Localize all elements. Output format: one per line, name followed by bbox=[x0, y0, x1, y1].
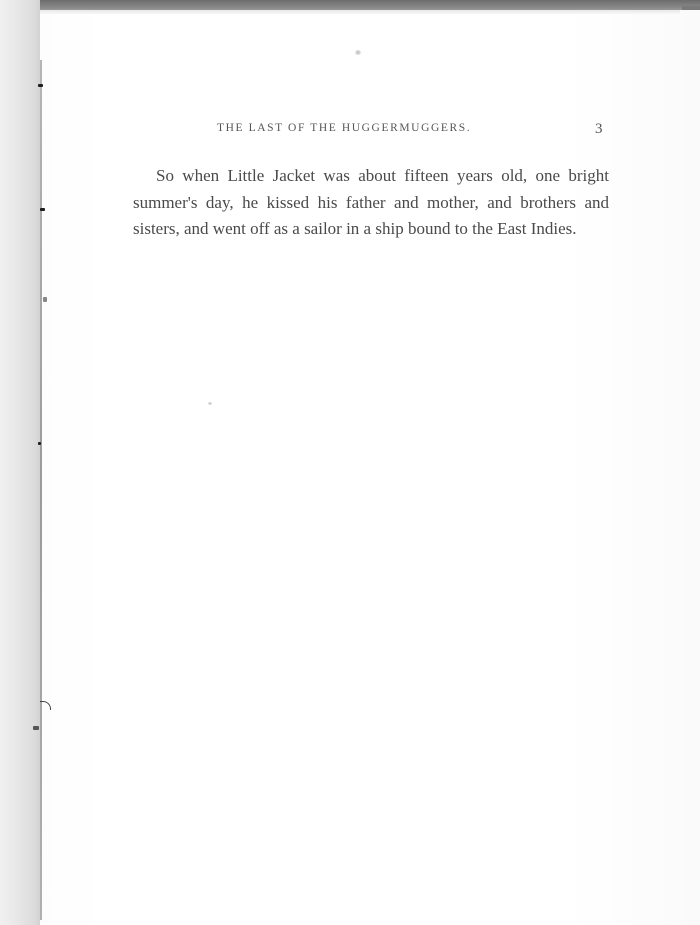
body-paragraph: So when Little Jacket was about fifteen … bbox=[133, 163, 609, 243]
binding-mark bbox=[40, 208, 45, 211]
binding-mark bbox=[38, 442, 41, 445]
paper-speck bbox=[355, 50, 361, 55]
page-number: 3 bbox=[595, 121, 603, 138]
page-top-edge bbox=[40, 10, 680, 14]
running-header: The Last of the Huggermuggers. bbox=[217, 122, 471, 134]
binding-mark bbox=[38, 84, 43, 87]
paper-speck bbox=[208, 402, 212, 405]
book-page bbox=[40, 10, 700, 925]
binding-mark bbox=[43, 297, 47, 302]
binding-edge bbox=[40, 60, 42, 920]
facing-page-gutter bbox=[0, 0, 40, 925]
binding-mark bbox=[33, 726, 39, 730]
